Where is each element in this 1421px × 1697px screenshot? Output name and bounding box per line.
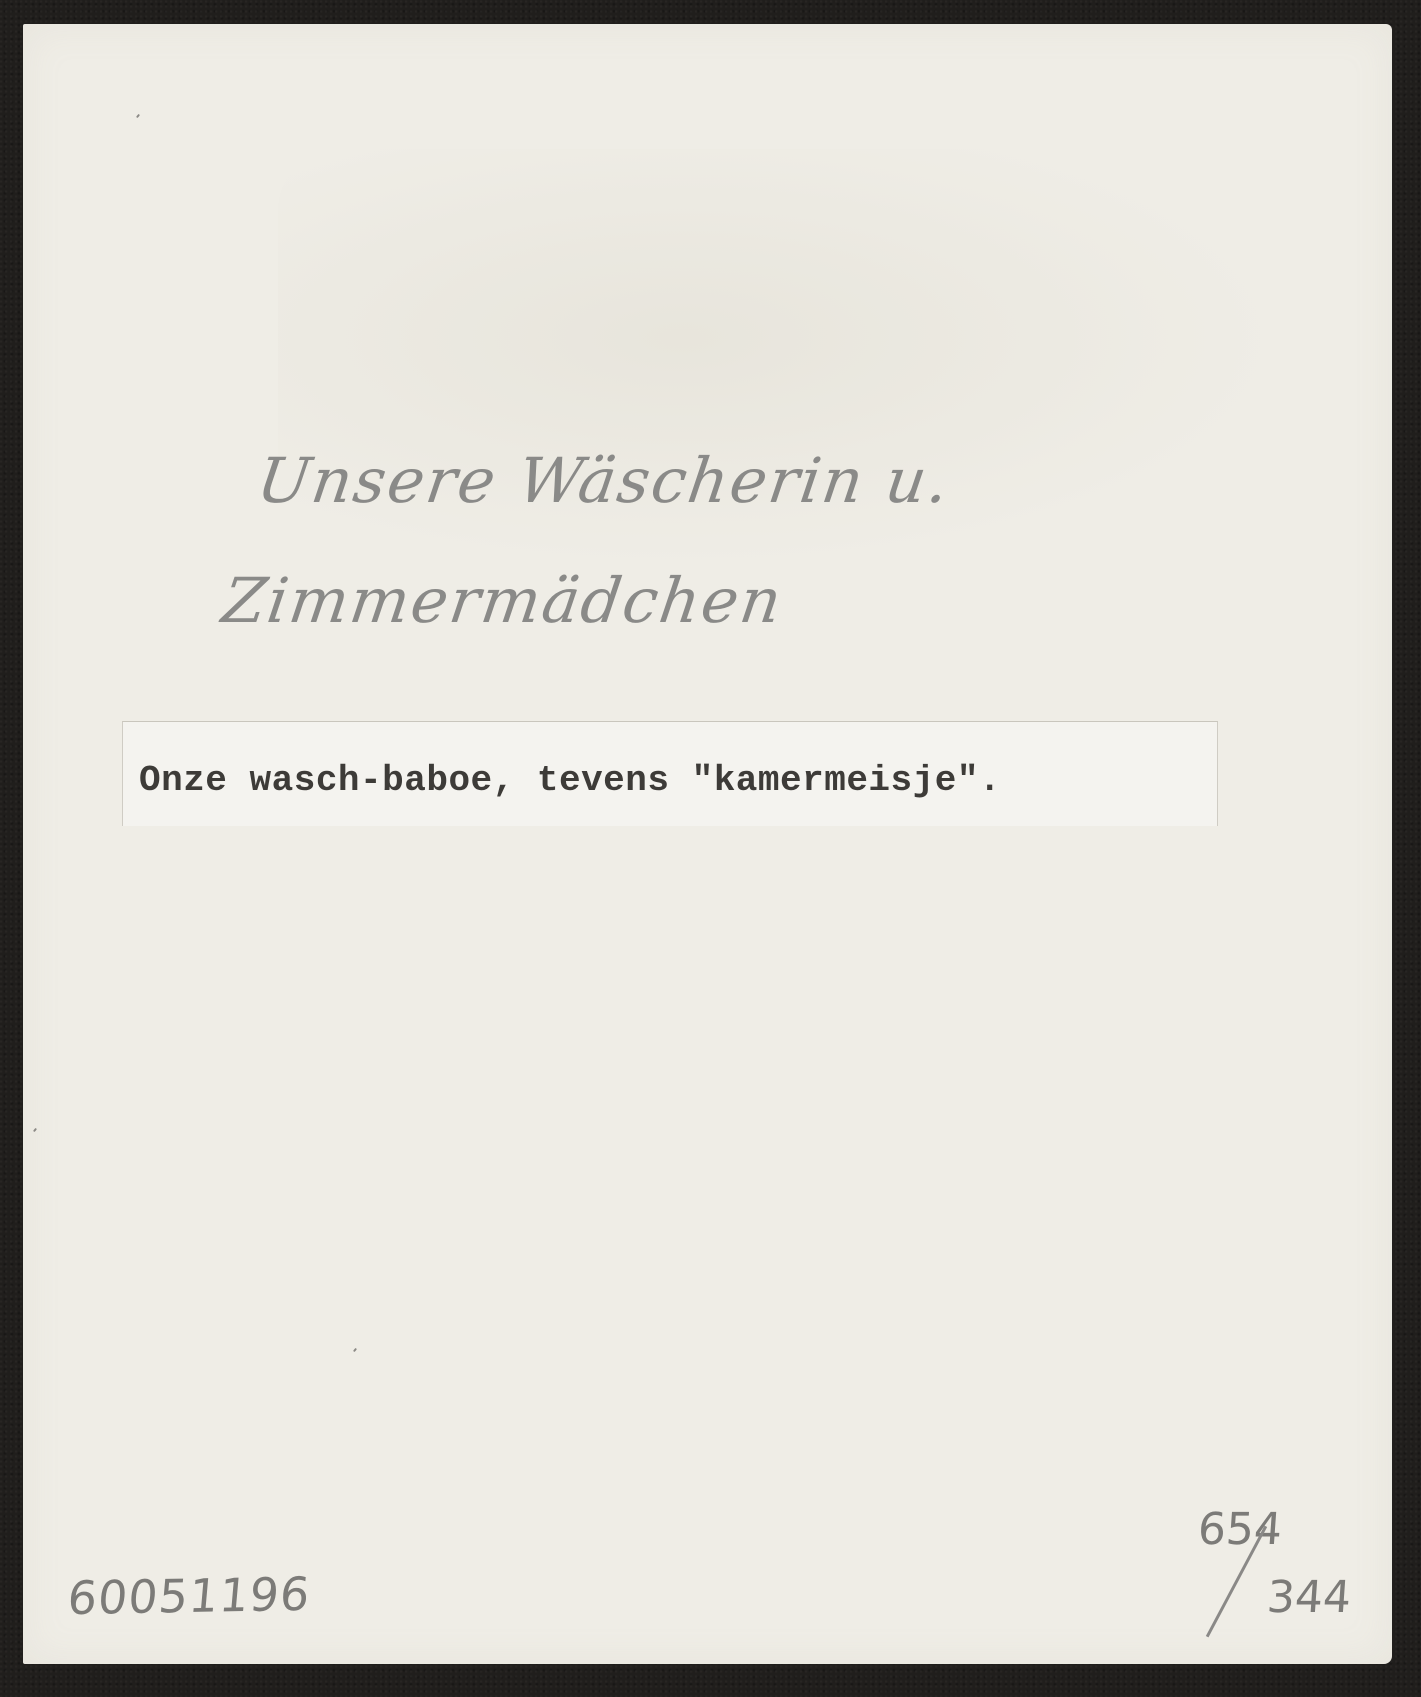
handwritten-caption-line-1: Unsere Wäscherin u. xyxy=(253,444,955,517)
paper-speck xyxy=(353,1348,357,1352)
typed-caption-label: Onze wasch-baboe, tevens "kamermeisje". xyxy=(122,721,1218,826)
paper-speck xyxy=(33,1128,37,1132)
photo-card-back: Unsere Wäscherin u. Zimmermädchen Onze w… xyxy=(23,24,1392,1664)
paper-speck xyxy=(136,114,140,118)
typed-caption-text: Onze wasch-baboe, tevens "kamermeisje". xyxy=(139,760,1001,801)
inventory-number: 60051196 xyxy=(65,1567,312,1625)
fraction-denominator: 344 xyxy=(1265,1572,1353,1623)
handwritten-caption-line-2: Zimmermädchen xyxy=(218,564,788,637)
reference-fraction: 654 344 xyxy=(1193,1504,1363,1654)
fraction-numerator: 654 xyxy=(1196,1504,1284,1555)
